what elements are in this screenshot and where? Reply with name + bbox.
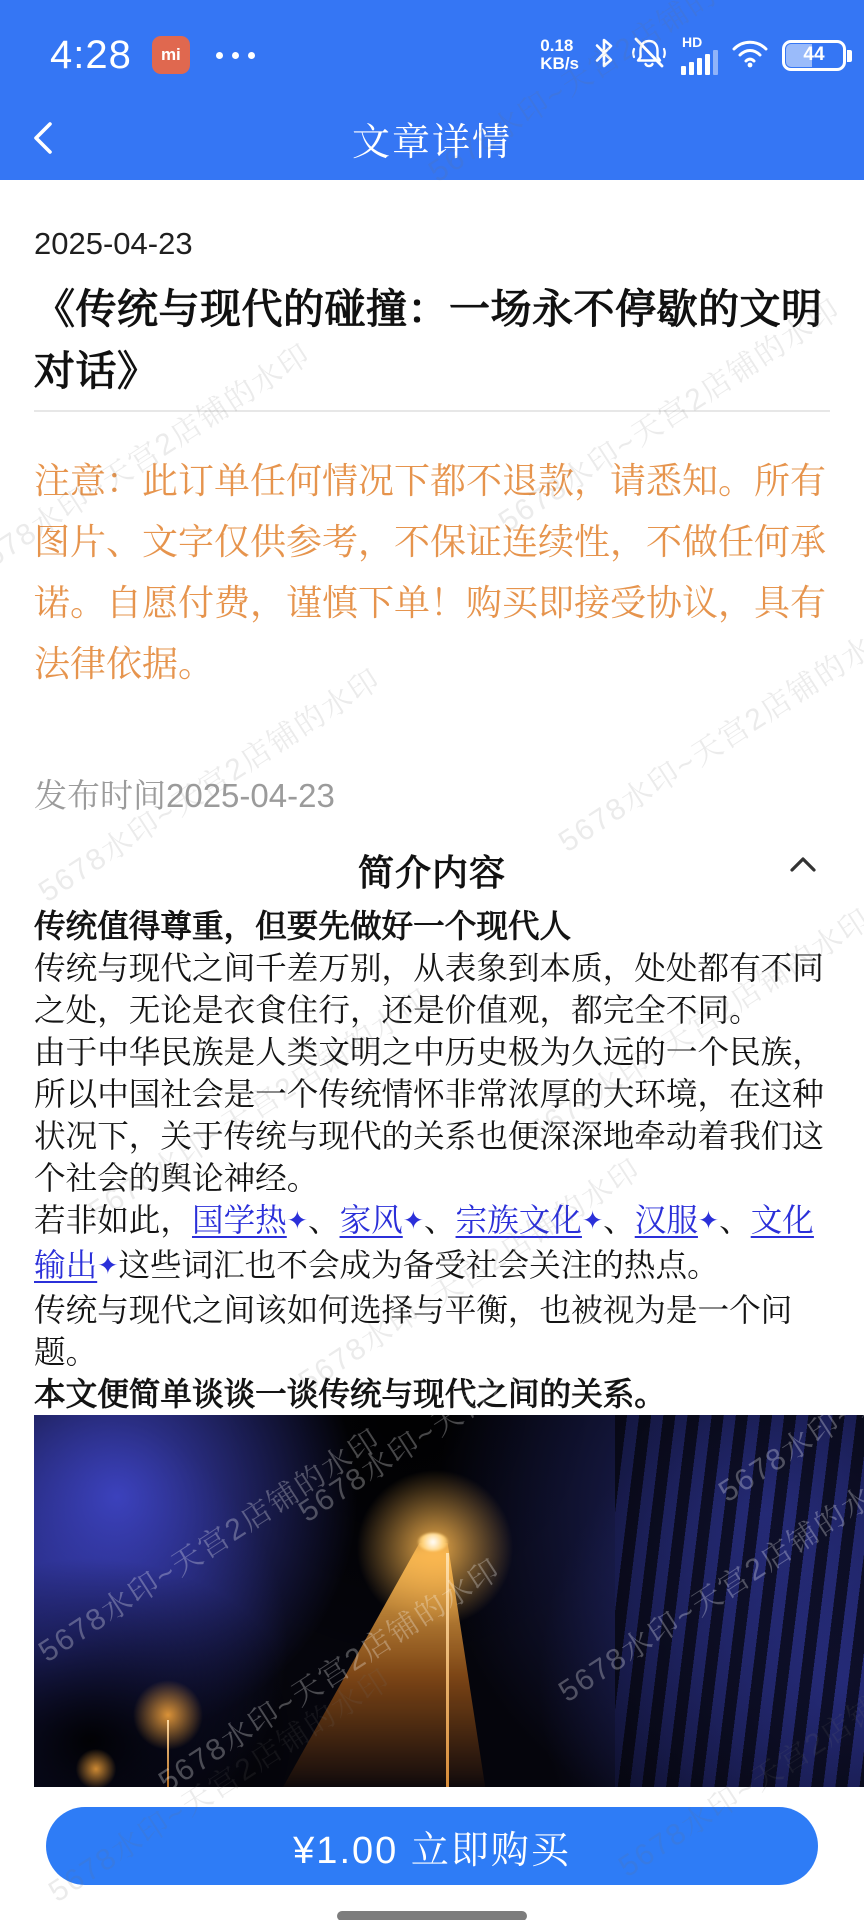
more-notifications-icon [216,52,255,59]
page-title: 文章详情 [352,111,512,166]
sparkle-icon: ✦ [403,1200,424,1242]
signal-bars-icon [681,49,718,75]
trees-silhouette-left [34,1556,316,1787]
keyword-links-paragraph: 若非如此，国学热✦、家风✦、宗族文化✦、汉服✦、文化输出✦这些词汇也不会成为备受… [34,1199,830,1289]
status-bar-left: 4:28 mi [50,33,255,78]
mi-notification-icon: mi [152,36,190,74]
cell-signal: HD [681,36,718,75]
keyword-link[interactable]: 宗族文化✦ [456,1202,604,1238]
trees-silhouette-right [615,1415,864,1787]
status-bar-right: 0.18 KB/s HD [540,35,846,76]
buy-button[interactable]: ¥1.00 立即购买 [46,1807,818,1885]
battery-icon: 44 [782,40,846,71]
keyword-link[interactable]: 汉服✦ [635,1202,719,1238]
back-button[interactable] [26,114,70,162]
intro-paragraph: 传统与现代之间千差万别，从表象到本质，处处都有不同之处，无论是衣食住行，还是价值… [34,947,830,1031]
sparkle-icon: ✦ [698,1200,719,1242]
battery-nub [847,50,852,62]
article-date: 2025-04-23 [34,226,830,262]
lamp-head [418,1533,448,1551]
sparkle-icon: ✦ [287,1200,308,1242]
intro-body: 传统值得尊重，但要先做好一个现代人 传统与现代之间千差万别，从表象到本质，处处都… [34,905,830,1415]
intro-paragraph: 传统与现代之间该如何选择与平衡，也被视为是一个问题。 [34,1289,830,1373]
refund-notice: 注意：此订单任何情况下都不退款，请悉知。所有图片、文字仅供参考，不保证连续性，不… [34,450,830,694]
article-photo [34,1415,864,1787]
bluetooth-icon [591,36,617,75]
hd-voice-label: HD [682,36,702,49]
network-speed-value: 0.18 [540,37,573,55]
keyword-link[interactable]: 国学热✦ [192,1202,308,1238]
network-speed-unit: KB/s [540,55,579,73]
publish-time: 发布时间2025-04-23 [34,770,830,817]
intro-paragraph: 由于中华民族是人类文明之中历史极为久远的一个民族，所以中国社会是一个传统情怀非常… [34,1031,830,1199]
sparkle-icon: ✦ [97,1245,118,1287]
sparkle-icon: ✦ [582,1200,603,1242]
article-detail-screen: 4:28 mi 0.18 KB/s HD [0,0,864,1920]
lamp-small-pole [167,1720,169,1787]
network-speed: 0.18 KB/s [540,37,579,73]
wifi-icon [730,37,770,73]
lamp-tiny [74,1747,118,1787]
lamp-pole [446,1553,449,1787]
intro-section-title: 简介内容 [358,845,506,896]
article-content: 2025-04-23 《传统与现代的碰撞：一场永不停歇的文明对话》 注意：此订单… [0,226,864,1885]
intro-section-header: 简介内容 [34,847,830,893]
mute-bell-icon [629,35,669,76]
home-indicator[interactable] [337,1911,527,1920]
chevron-up-icon[interactable] [786,853,820,880]
status-bar: 4:28 mi 0.18 KB/s HD [0,0,864,96]
article-title: 《传统与现代的碰撞：一场永不停歇的文明对话》 [34,278,830,402]
intro-closing: 本文便简单谈谈一谈传统与现代之间的关系。 [34,1373,830,1415]
keyword-link[interactable]: 家风✦ [340,1202,424,1238]
clock: 4:28 [50,33,132,78]
intro-lead: 传统值得尊重，但要先做好一个现代人 [34,905,830,947]
battery-percent: 44 [803,44,824,66]
title-divider [34,410,830,412]
nav-bar: 文章详情 [0,96,864,180]
